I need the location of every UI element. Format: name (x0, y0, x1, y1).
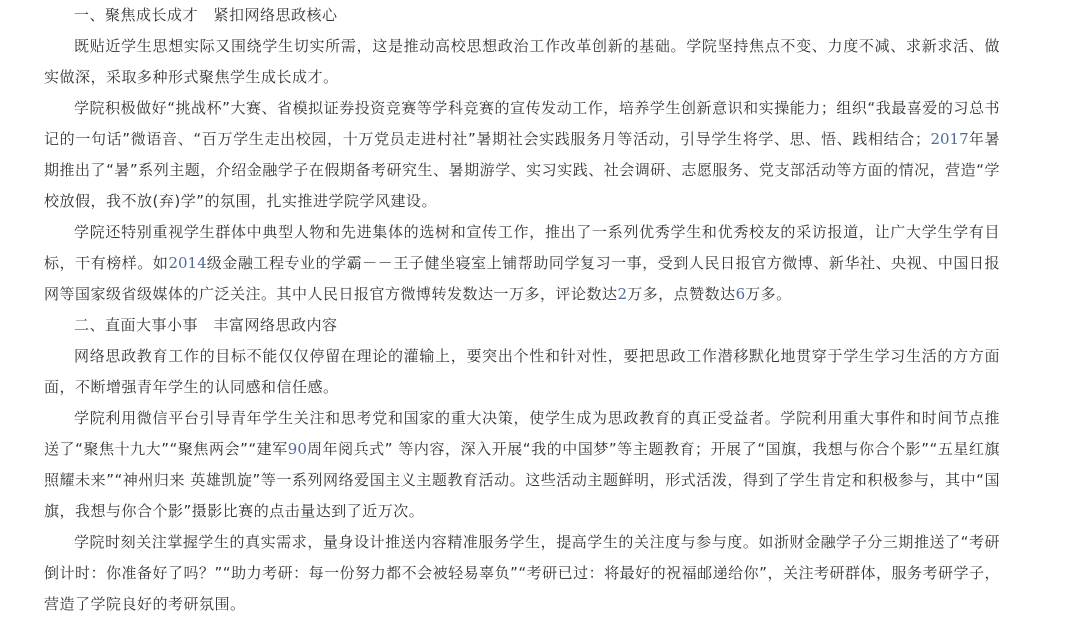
paragraph: 学院利用微信平台引导青年学生关注和思考党和国家的重大决策，使学生成为思政教育的真… (44, 403, 1000, 527)
document-page: 一、聚焦成长成才 紧扣网络思政核心 既贴近学生思想实际又围绕学生切实所需，这是推… (0, 0, 1085, 629)
paragraph: 既贴近学生思想实际又围绕学生切实所需，这是推动高校思想政治工作改革创新的基础。学… (44, 31, 1000, 93)
paragraph: 学院积极做好“挑战杯”大赛、省模拟证券投资竞赛等学科竞赛的宣传发动工作，培养学生… (44, 93, 1000, 217)
section-heading-1: 一、聚焦成长成才 紧扣网络思政核心 (44, 0, 1000, 31)
section-heading-2: 二、直面大事小事 丰富网络思政内容 (44, 310, 1000, 341)
paragraph: 网络思政教育工作的目标不能仅仅停留在理论的灌输上，要突出个性和针对性，要把思政工… (44, 341, 1000, 403)
paragraph: 学院还特别重视学生群体中典型人物和先进集体的选树和宣传工作，推出了一系列优秀学生… (44, 217, 1000, 310)
article-body: 一、聚焦成长成才 紧扣网络思政核心 既贴近学生思想实际又围绕学生切实所需，这是推… (0, 0, 1085, 620)
paragraph: 学院时刻关注掌握学生的真实需求，量身设计推送内容精准服务学生，提高学生的关注度与… (44, 527, 1000, 620)
